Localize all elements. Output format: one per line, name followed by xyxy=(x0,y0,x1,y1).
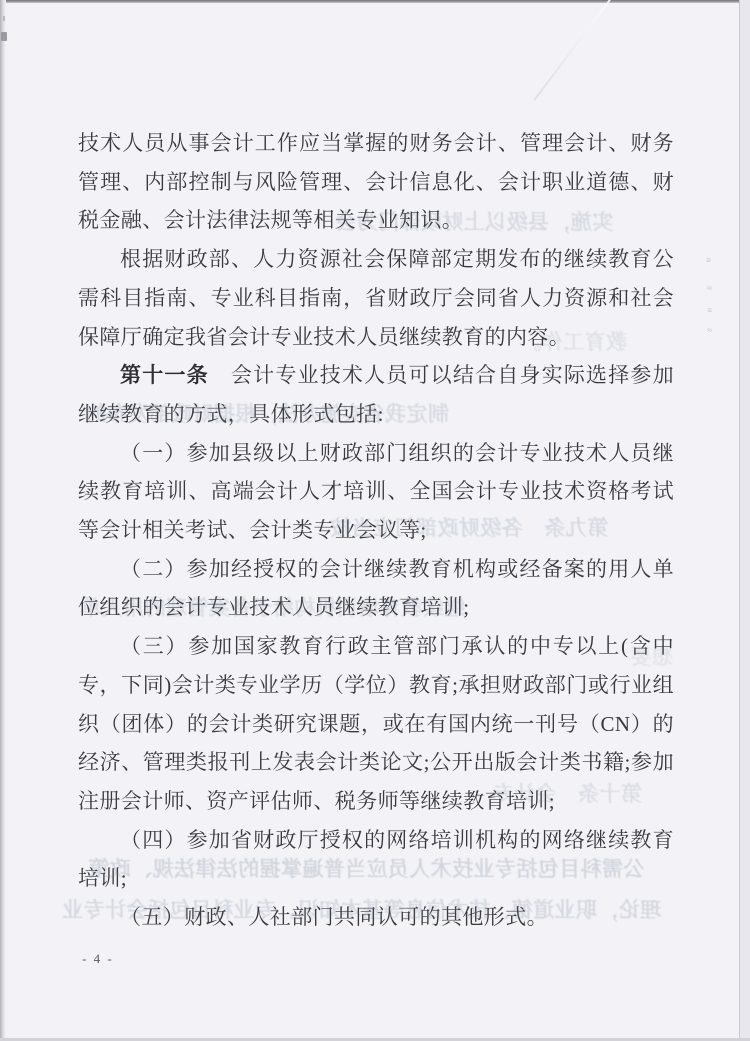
scanned-page: 技术人员从事会计工作应当掌握的财务会计、管理会计、财务管理、内部控制与风险管理、… xyxy=(0,0,750,1041)
scan-right-edge xyxy=(739,0,750,1041)
paragraph: （五）财政、人社部门共同认可的其他形式。 xyxy=(78,898,674,937)
margin-mark: ≈ xyxy=(707,325,712,335)
article-number-label: 第十一条 xyxy=(120,363,209,387)
paragraph: 根据财政部、人力资源社会保障部定期发布的继续教育公需科目指南、专业科目指南，省财… xyxy=(78,240,674,356)
paragraph: （四）参加省财政厅授权的网络培训机构的网络继续教育培训; xyxy=(78,821,674,898)
scan-left-edge xyxy=(0,0,6,1041)
paragraph: 第十一条 会计专业技术人员可以结合自身实际选择参加继续教育的方式，具体形式包括: xyxy=(78,356,674,433)
document-body: 技术人员从事会计工作应当掌握的财务会计、管理会计、财务管理、内部控制与风险管理、… xyxy=(78,124,674,937)
crease-line xyxy=(534,0,615,101)
staple-mark xyxy=(1,32,7,41)
paragraph: 技术人员从事会计工作应当掌握的财务会计、管理会计、财务管理、内部控制与风险管理、… xyxy=(78,124,674,240)
margin-mark: ≡ xyxy=(706,255,711,265)
paragraph: （三）参加国家教育行政主管部门承认的中专以上(含中专，下同)会计类专业学历（学位… xyxy=(78,627,674,821)
paragraph: （一）参加县级以上财政部门组织的会计专业技术人员继续教育培训、高端会计人才培训、… xyxy=(78,434,674,550)
page-number: - 4 - xyxy=(82,951,114,967)
paragraph: （二）参加经授权的会计继续教育机构或经备案的用人单位组织的会计专业技术人员继续教… xyxy=(78,550,674,627)
margin-mark: ≡ xyxy=(707,305,712,315)
margin-mark: ≈ xyxy=(707,283,712,293)
scan-top-edge xyxy=(0,0,744,3)
